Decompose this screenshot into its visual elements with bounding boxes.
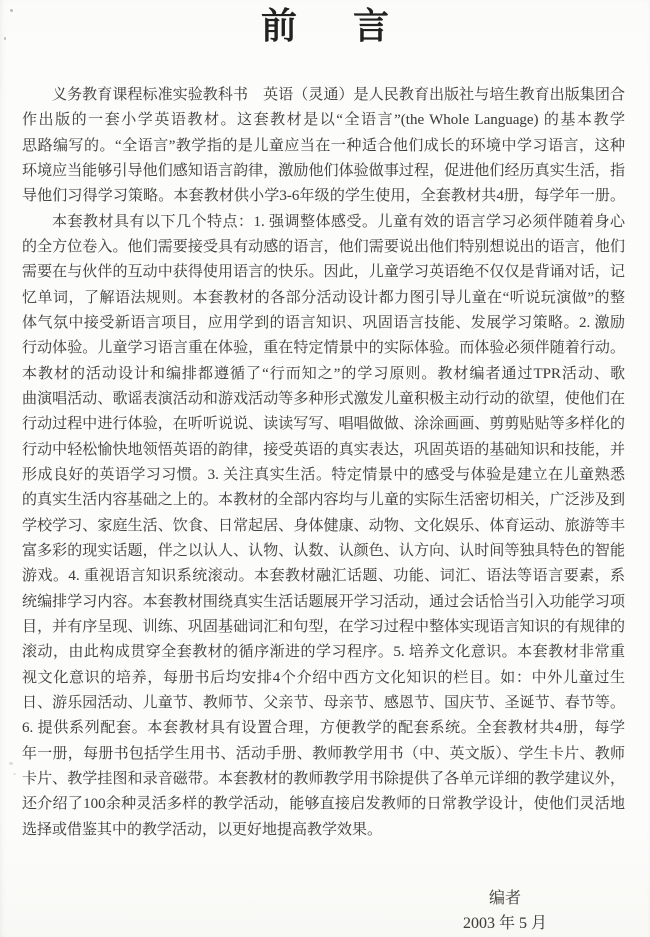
scanned-preface-page: 前 言 义务教育课程标准实验教科书 英语（灵通）是人民教育出版社与培生教育出版集… [0,0,650,937]
signature-author: 编者 [424,886,586,911]
text-line: 目，并有序呈现、训练、巩固基础词汇和句型，在学习过程中整体实现语言知识的有规律的 [22,615,625,640]
scan-speck [9,762,13,765]
text-line: 形成良好的英语学习习惯。3. 关注真实生活。特定情景中的感受与体验是建立在儿童熟… [22,463,625,488]
signature-block: 编者 2003 年 5 月 [424,886,586,936]
text-line: 的真实生活内容基础之上的。本教材的全部内容均与儿童的实际生活密切相关，广泛涉及到 [22,488,625,513]
title-char-first: 前 [261,5,297,47]
text-line: 忆单词，了解语法规则。本套教材的各部分活动设计都力图引导儿童在“听说玩演做”的整 [22,286,625,311]
text-line: 行动中轻松愉快地领悟英语的韵律，接受英语的真实表达，巩固英语的基础知识和技能，并 [22,438,625,463]
text-line: 曲演唱活动、歌谣表演活动和游戏活动等多种形式激发儿童积极主动行动的欲望，使他们在 [22,387,625,412]
text-line: 选择或借鉴其中的教学活动，以更好地提高教学效果。 [22,818,625,843]
scan-speck [10,9,13,12]
preface-body: 义务教育课程标准实验教科书 英语（灵通）是人民教育出版社与培生教育出版集团合 作… [22,83,625,843]
text-line: 行动过程中进行体验，在听听说说、读读写写、唱唱做做、涂涂画画、剪剪贴贴等多样化的 [22,412,625,437]
text-line: 年一册，每册书包括学生用书、活动手册、教师教学用书（中、英文版）、学生卡片、教师 [22,742,625,767]
text-line: 统编排学习内容。本套教材围绕真实生活话题展开学习活动，通过会话恰当引入功能学习项 [22,590,625,615]
text-line: 富多彩的现实话题，伴之以认人、认物、认数、认颜色、认方向、认时间等独具特色的智能 [22,539,625,564]
title-char-second: 言 [353,5,389,47]
text-line: 义务教育课程标准实验教科书 英语（灵通）是人民教育出版社与培生教育出版集团合 [22,83,625,108]
text-line: 视文化意识的培养，每册书后均安排4个介绍中西方文化知识的栏目。如：中外儿童过生 [22,666,625,691]
scan-speck [13,773,16,775]
text-line: 体气氛中接受新语言项目，应用学到的语言知识、巩固语言技能、发展学习策略。2. 激… [22,311,625,336]
text-line: 本套教材具有以下几个特点：1. 强调整体感受。儿童有效的语言学习必须伴随着身心 [22,210,625,235]
text-line: 游戏。4. 重视语言知识系统滚动。本套教材融汇话题、功能、词汇、语法等语言要素，… [22,564,625,589]
text-line: 作出版的一套小学英语教材。这套教材是以“全语言”(the Whole Langu… [22,108,625,133]
text-line: 还介绍了100余种灵活多样的教学活动，能够直接启发教师的日常教学设计，使他们灵活… [22,792,625,817]
signature-date: 2003 年 5 月 [424,911,586,936]
text-line: 环境应当能够引导他们感知语言韵律，激励他们体验做事过程，促进他们经历真实生活，指 [22,159,625,184]
text-line: 滚动，由此构成贯穿全套教材的循序渐进的学习程序。5. 培养文化意识。本套教材非常… [22,640,625,665]
text-line: 本教材的活动设计和编排都遵循了“行而知之”的学习原则。教材编者通过TPR活动、歌 [22,362,625,387]
text-line: 日、游乐园活动、儿童节、教师节、父亲节、母亲节、感恩节、国庆节、圣诞节、春节等。 [22,691,625,716]
scan-speck [4,37,6,40]
text-line: 行动体验。儿童学习语言重在体验，重在特定情景中的实际体验。而体验必须伴随着行动。 [22,336,625,361]
text-line: 思路编写的。“全语言”教学指的是儿童应当在一种适合他们成长的环境中学习语言，这种 [22,134,625,159]
text-line: 学校学习、家庭生活、饮食、日常起居、身体健康、动物、文化娱乐、体育运动、旅游等丰 [22,514,625,539]
text-line: 的全方位卷入。他们需要接受具有动感的语言，他们需要说出他们特别想说出的语言，他们 [22,235,625,260]
page-title: 前 言 [0,5,650,47]
text-line: 导他们习得学习策略。本套教材供小学3-6年级的学生使用，全套教材共4册，每学年一… [22,184,625,209]
text-line: 6. 提供系列配套。本套教材具有设置合理，方便教学的配套系统。全套教材共4册，每… [22,716,625,741]
text-line: 需要在与伙伴的互动中获得使用语言的快乐。因此，儿童学习英语绝不仅仅是背诵对话，记 [22,260,625,285]
text-line: 卡片、教学挂图和录音磁带。本套教材的教师教学用书除提供了各单元详细的教学建议外， [22,767,625,792]
